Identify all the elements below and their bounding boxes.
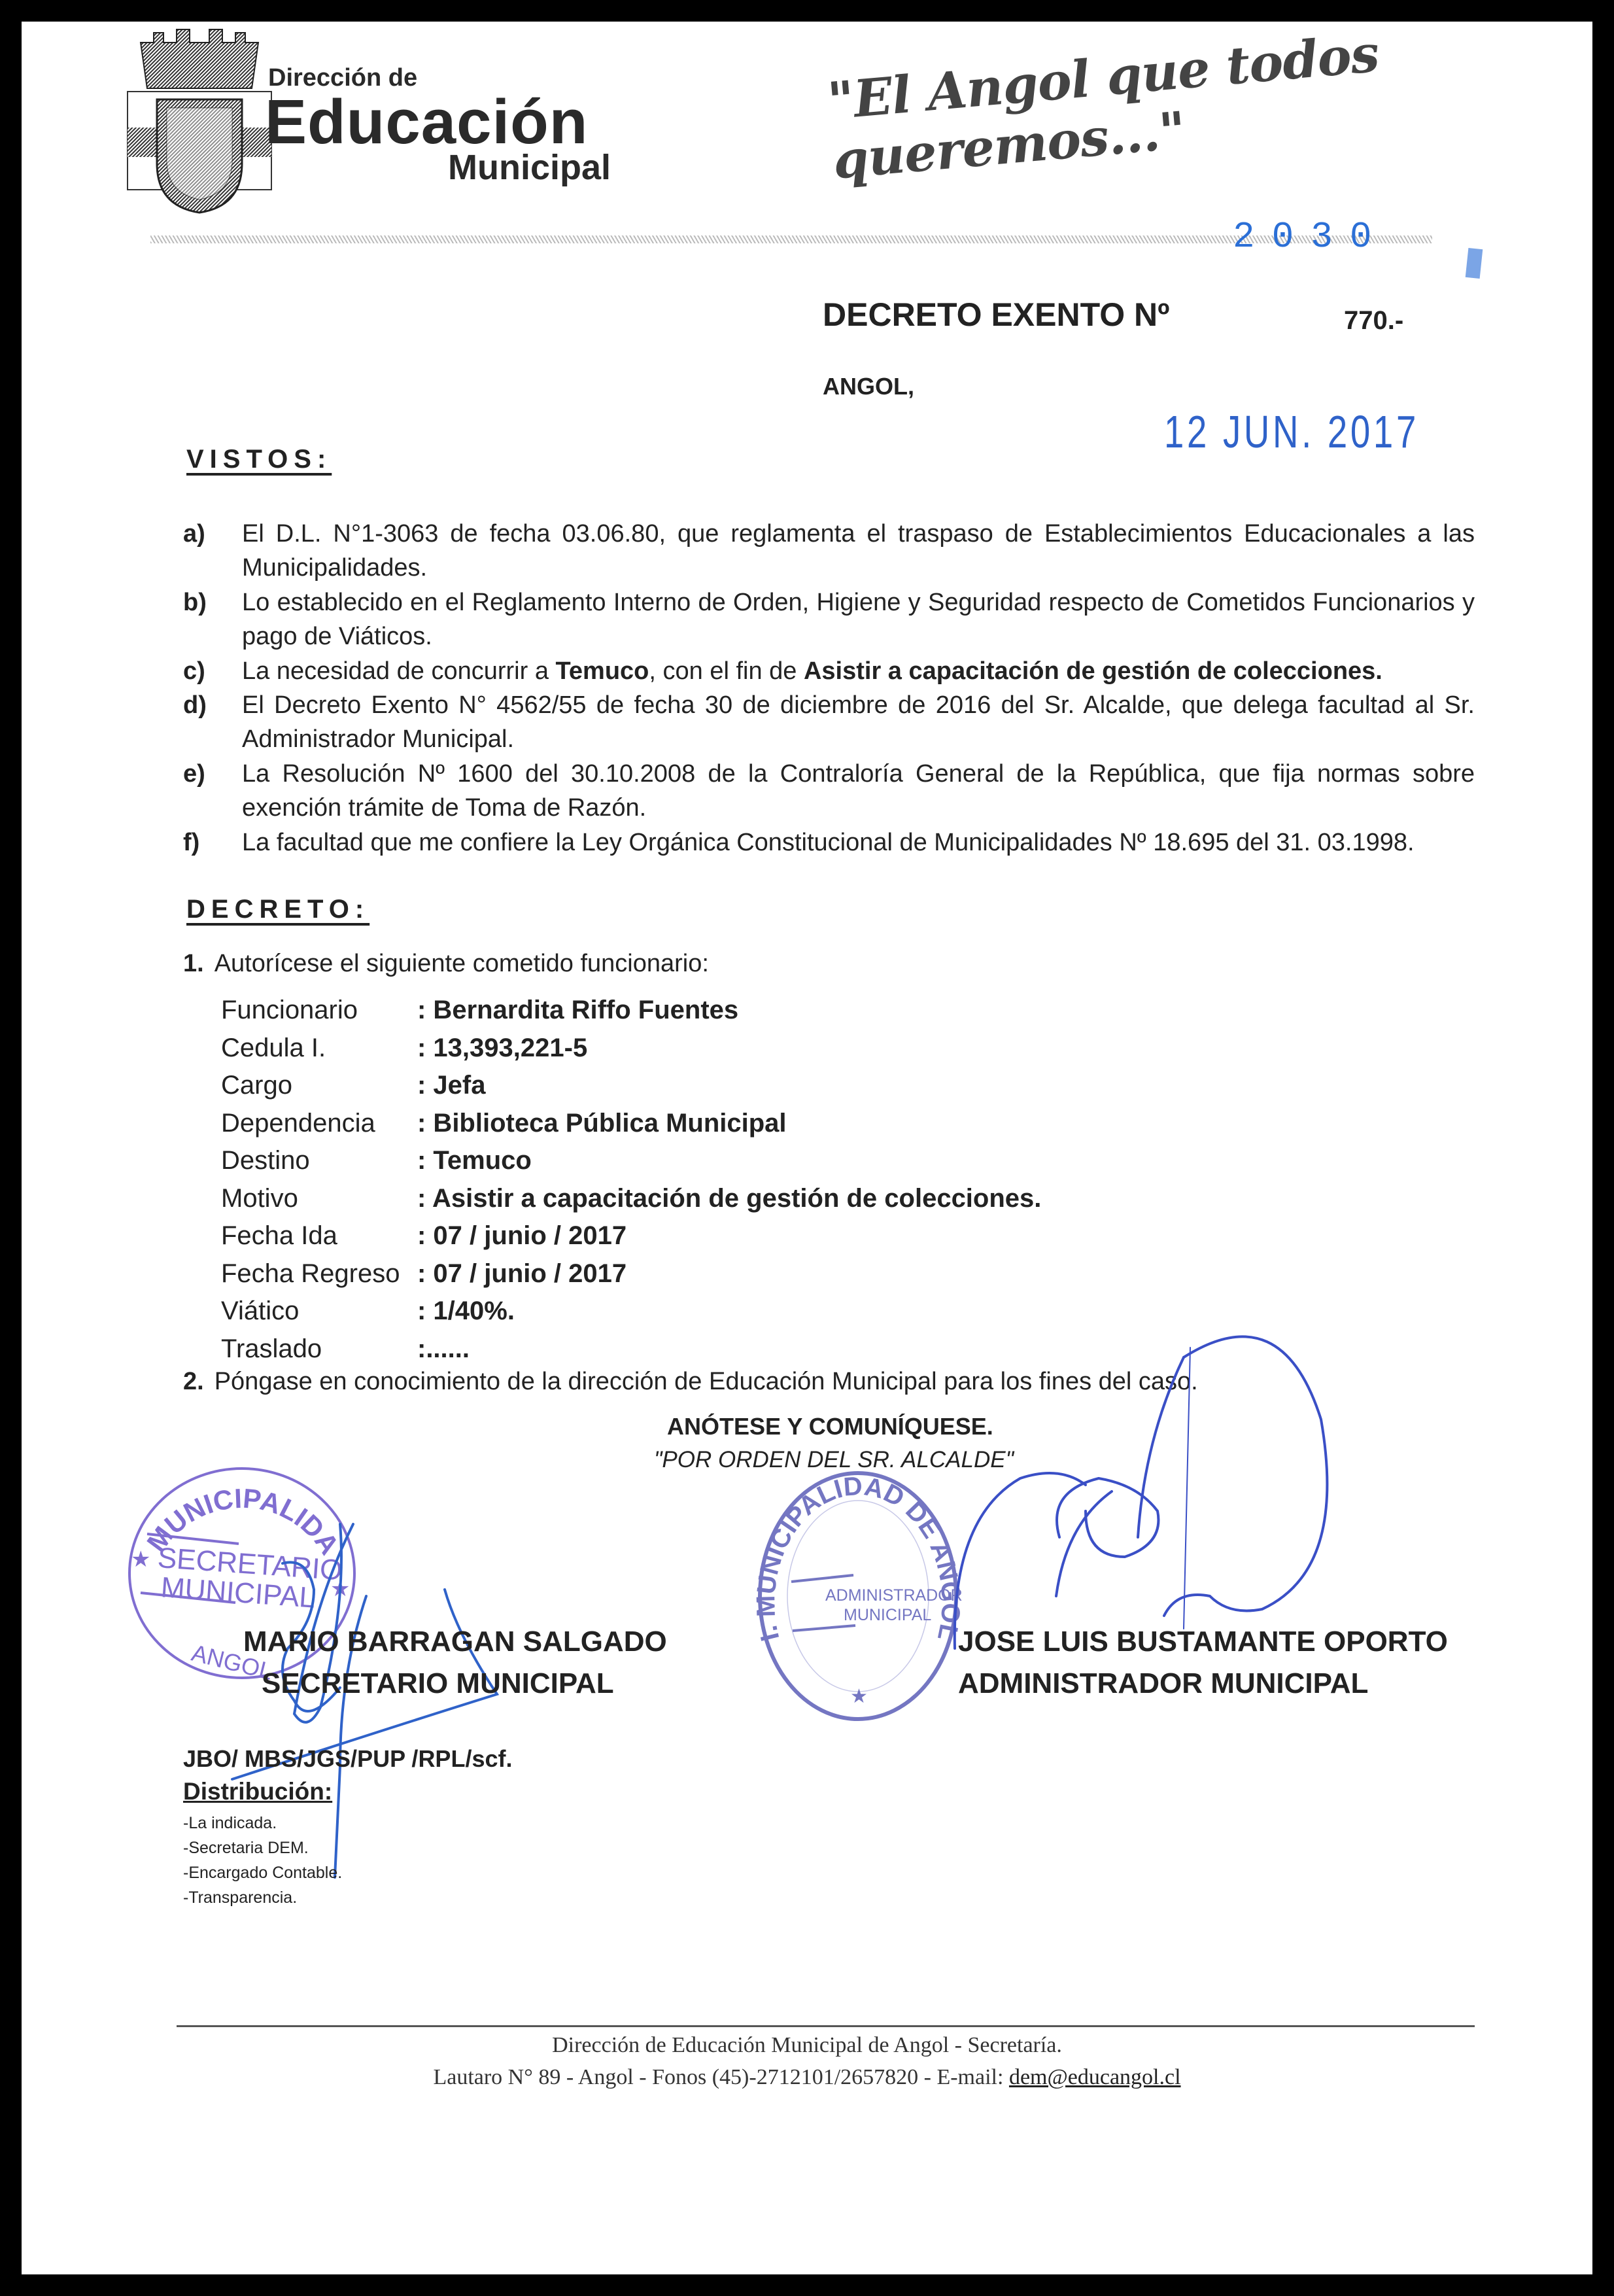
ink-mark [1466,248,1483,279]
vistos-item: c) La necesidad de concurrir a Temuco, c… [183,654,1475,688]
field-value: :...... [417,1331,470,1368]
field-label: Destino [221,1142,417,1180]
field-row: Fecha Regreso: 07 / junio / 2017 [221,1255,1041,1293]
footer-line-2: Lautaro N° 89 - Angol - Fonos (45)-27121… [0,2065,1614,2090]
signatory-left: MARIO BARRAGAN SALGADO SECRETARIO MUNICI… [243,1621,667,1705]
item-label: f) [183,826,199,860]
vistos-item: a) El D.L. N°1-3063 de fecha 03.06.80, q… [183,517,1475,585]
commission-fields: Funcionario: Bernardita Riffo FuentesCed… [221,992,1041,1368]
decree-number: 770.- [1344,306,1403,336]
date-stamp: 12 JUN. 2017 [1164,406,1419,458]
vistos-heading: VISTOS: [186,445,332,474]
brand-line-3: Municipal [448,147,611,188]
field-label: Traslado [221,1331,417,1368]
field-row: Traslado:...... [221,1331,1041,1368]
signatory-right-role: ADMINISTRADOR MUNICIPAL [958,1663,1448,1705]
closing-orden: "POR ORDEN DEL SR. ALCALDE" [654,1447,1014,1473]
field-value: : 07 / junio / 2017 [417,1255,627,1293]
distribution-item: -Transparencia. [183,1885,342,1910]
field-label: Cargo [221,1067,417,1105]
field-value: : 13,393,221-5 [417,1030,587,1068]
distribution-list: -La indicada.-Secretaria DEM.-Encargado … [183,1811,342,1910]
distribution-item: -Secretaria DEM. [183,1835,342,1860]
item-label: a) [183,517,205,551]
field-value: : Bernardita Riffo Fuentes [417,992,738,1030]
decree-city: ANGOL, [823,373,914,400]
field-label: Dependencia [221,1105,417,1143]
field-row: Funcionario: Bernardita Riffo Fuentes [221,992,1041,1030]
vistos-item: b) Lo establecido en el Reglamento Inter… [183,585,1475,653]
point-1: 1.Autorícese el siguiente cometido funci… [183,947,709,981]
signatory-right: JOSE LUIS BUSTAMANTE OPORTO ADMINISTRADO… [958,1621,1448,1705]
field-value: : Jefa [417,1067,486,1105]
registry-stamp: 2030 [1233,216,1388,258]
decreto-heading: DECRETO: [186,895,369,924]
field-value: : Biblioteca Pública Municipal [417,1105,787,1143]
field-value: : Temuco [417,1142,532,1180]
signatory-right-name: JOSE LUIS BUSTAMANTE OPORTO [958,1621,1448,1663]
initials: JBO/ MBS/JGS/PUP /RPL/scf. [183,1745,512,1773]
field-label: Motivo [221,1180,417,1218]
field-value: : Asistir a capacitación de gestión de c… [417,1180,1041,1218]
vistos-item: f) La facultad que me confiere la Ley Or… [183,826,1475,860]
distribution-item: -Encargado Contable. [183,1860,342,1885]
closing-anotese: ANÓTESE Y COMUNÍQUESE. [667,1413,993,1440]
signatory-left-name: MARIO BARRAGAN SALGADO [243,1621,667,1663]
field-row: Dependencia: Biblioteca Pública Municipa… [221,1105,1041,1143]
field-label: Funcionario [221,992,417,1030]
item-text: Lo establecido en el Reglamento Interno … [242,585,1475,653]
field-label: Cedula I. [221,1030,417,1068]
vistos-item: e) La Resolución Nº 1600 del 30.10.2008 … [183,757,1475,825]
field-row: Viático: 1/40%. [221,1293,1041,1331]
field-label: Viático [221,1293,417,1331]
item-label: b) [183,585,207,619]
vistos-item: d) El Decreto Exento N° 4562/55 de fecha… [183,688,1475,756]
item-text: La necesidad de concurrir a Temuco, con … [242,654,1475,688]
decree-title: DECRETO EXENTO Nº [823,296,1169,334]
distribution-item: -La indicada. [183,1811,342,1835]
signatory-left-role: SECRETARIO MUNICIPAL [243,1663,667,1705]
municipal-crest-icon [114,26,284,216]
field-row: Cargo: Jefa [221,1067,1041,1105]
field-row: Motivo: Asistir a capacitación de gestió… [221,1180,1041,1218]
field-value: : 1/40%. [417,1293,515,1331]
footer-divider [177,2025,1475,2027]
field-value: : 07 / junio / 2017 [417,1217,627,1255]
email-link[interactable]: dem@educangol.cl [1009,2065,1181,2089]
item-text: La facultad que me confiere la Ley Orgán… [242,826,1475,860]
item-label: c) [183,654,205,688]
item-text: La Resolución Nº 1600 del 30.10.2008 de … [242,757,1475,825]
distribution-heading: Distribución: [183,1778,332,1805]
field-label: Fecha Ida [221,1217,417,1255]
field-row: Destino: Temuco [221,1142,1041,1180]
item-label: d) [183,688,207,722]
field-row: Fecha Ida: 07 / junio / 2017 [221,1217,1041,1255]
item-text: El D.L. N°1-3063 de fecha 03.06.80, que … [242,517,1475,585]
footer-line-1: Dirección de Educación Municipal de Ango… [0,2033,1614,2058]
point-2: 2.Póngase en conocimiento de la direcció… [183,1365,1198,1399]
field-label: Fecha Regreso [221,1255,417,1293]
item-text: El Decreto Exento N° 4562/55 de fecha 30… [242,688,1475,756]
field-row: Cedula I.: 13,393,221-5 [221,1030,1041,1068]
item-label: e) [183,757,205,791]
